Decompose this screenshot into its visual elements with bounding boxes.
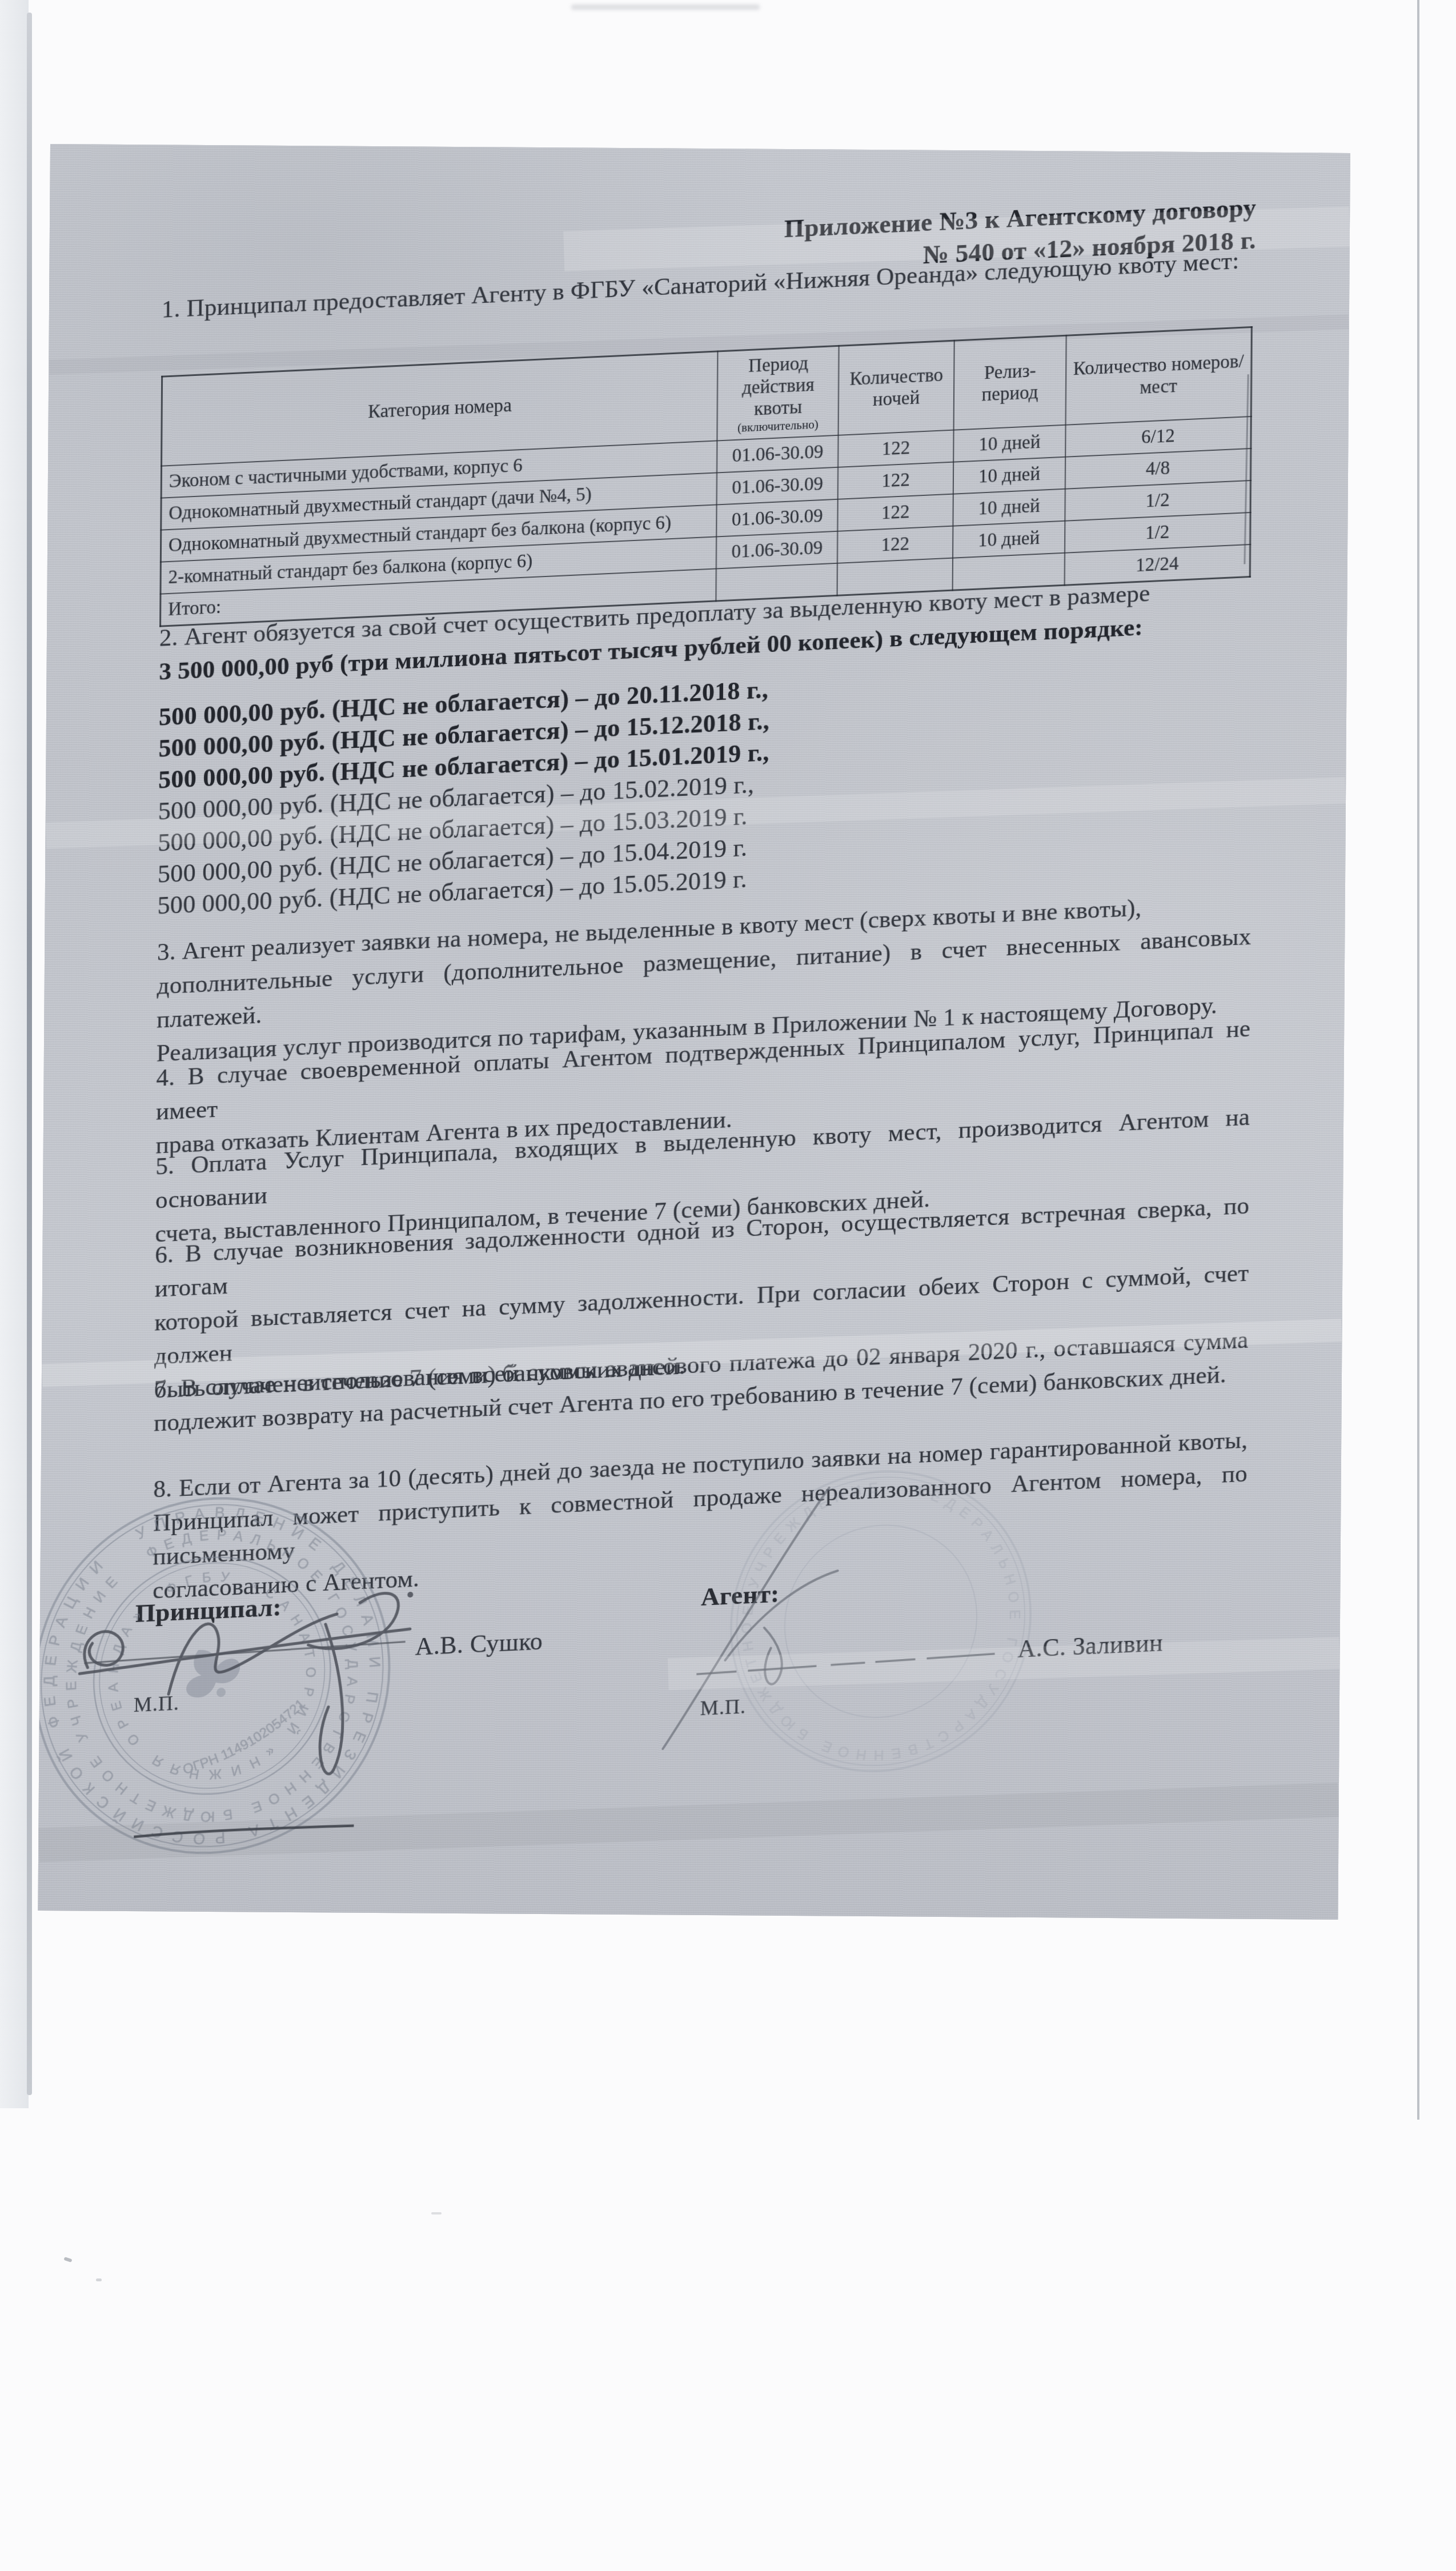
scan-edge-right-line [1417, 0, 1419, 2120]
round-stamp-principal: УПРАВЛЕНИЕ ДЕЛАМИ ПРЕЗИДЕНТА РОССИЙСКОЙ … [38, 1433, 451, 1875]
svg-text:ОГРН 1149102054721: ОГРН 1149102054721 [178, 1693, 313, 1785]
stamps-and-signatures-layer: УПРАВЛЕНИЕ ДЕЛАМИ ПРЕЗИДЕНТА РОССИЙСКОЙ … [38, 144, 1350, 1875]
scan-speck [96, 2278, 102, 2281]
scan-edge-left-strip [0, 0, 29, 2108]
table-edge-artifact [1245, 374, 1248, 564]
stamp-emblem [173, 1635, 245, 1703]
agent-signature [663, 1487, 838, 1749]
document-content: Приложение №3 к Агентскому договору № 54… [133, 144, 1350, 1839]
round-stamp-agent: ФЕДЕРАЛЬНОЕ ГОСУДАРСТВЕННОЕ БЮДЖЕТНОЕ УЧ… [699, 1445, 1063, 1798]
scan-top-smudge [571, 5, 760, 10]
photocopy-area: Приложение №3 к Агентскому договору № 54… [38, 144, 1350, 1920]
scan-speck [63, 2257, 72, 2262]
scan-speck [431, 2212, 442, 2214]
ink-underline-mark [134, 1825, 354, 1837]
stamp-ogrn-text: ОГРН 1149102054721 [178, 1693, 313, 1785]
scan-edge-left-line [27, 13, 32, 2095]
scanned-contract-page: Приложение №3 к Агентскому договору № 54… [0, 0, 1456, 2571]
